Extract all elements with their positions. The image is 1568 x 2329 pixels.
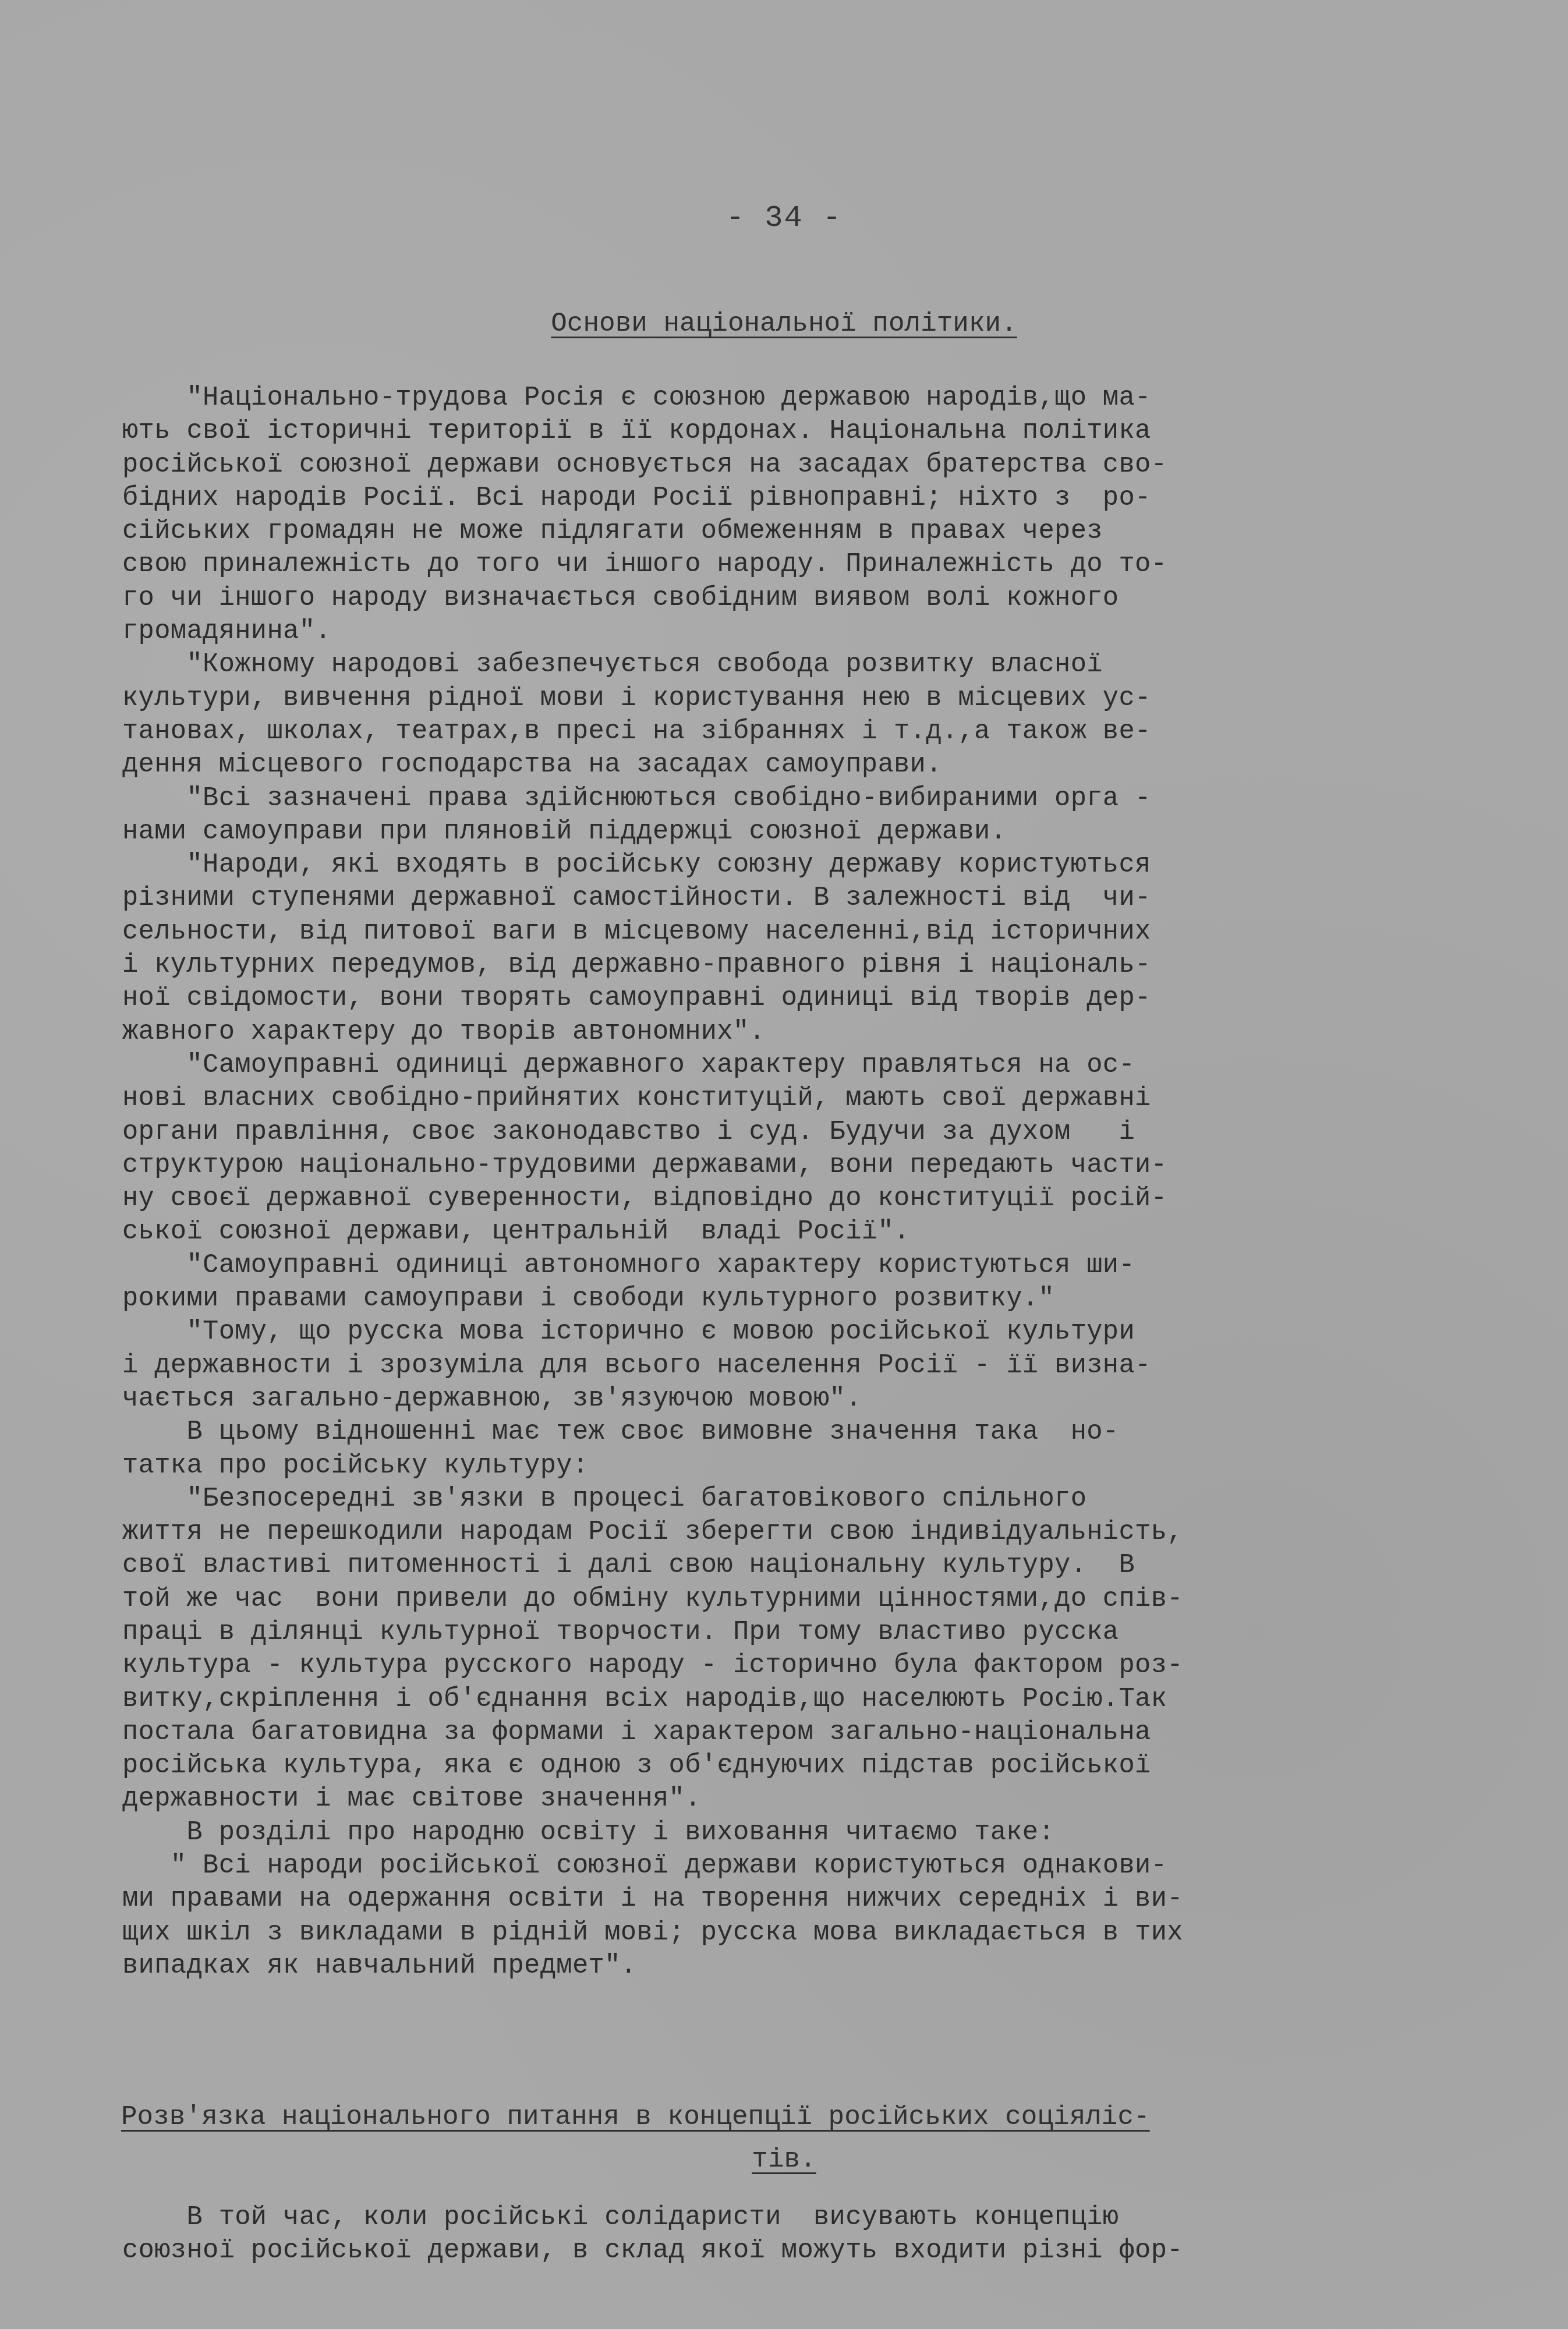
text-line: постала багатовидна за формами і характе… — [122, 1716, 1514, 1749]
text-line: і державности і зрозуміла для всього нас… — [122, 1349, 1514, 1382]
text-line: ну своєї державної суверенности, відпові… — [122, 1182, 1514, 1215]
text-line: сельности, від питової ваги в місцевому … — [122, 915, 1514, 948]
text-line: структурою національно-трудовими держава… — [122, 1149, 1514, 1182]
text-line: нові власних свобідно-прийнятих конститу… — [122, 1082, 1514, 1115]
section-heading-socialists-continued: тів. — [0, 2144, 1568, 2175]
text-line: свої властиві питоменності і далі свою н… — [122, 1549, 1514, 1582]
text-line: "Народи, які входять в російську союзну … — [122, 848, 1514, 882]
text-line: бідних народів Росії. Всі народи Росії р… — [122, 482, 1514, 515]
heading-text: Основи національної політики. — [551, 309, 1017, 339]
text-line: "Тому, що русска мова історично є мовою … — [122, 1315, 1514, 1348]
text-line: чається загально-державною, зв'язуючою м… — [122, 1382, 1514, 1415]
text-line: ної свідомости, вони творять самоуправні… — [122, 982, 1514, 1015]
text-line: і культурних передумов, від державно-пра… — [122, 948, 1514, 982]
text-line: російської союзної держави основується н… — [122, 448, 1514, 482]
text-line: В цьому відношенні має теж своє вимовне … — [122, 1415, 1514, 1449]
text-line: рокими правами самоуправи і свободи куль… — [122, 1282, 1514, 1315]
text-line: дення місцевого господарства на засадах … — [122, 748, 1514, 781]
section-heading-national-policy: Основи національної політики. — [0, 309, 1568, 339]
text-line: татка про російську культуру: — [122, 1449, 1514, 1482]
text-line: нами самоуправи при пляновій піддержці с… — [122, 815, 1514, 848]
text-line: витку,скріплення і об'єднання всіх народ… — [122, 1683, 1514, 1716]
heading-text: Розв'язка національного питання в концеп… — [121, 2102, 1150, 2132]
text-line: го чи іншого народу визначається свобідн… — [122, 582, 1514, 615]
text-line: жавного характеру до творів автономних". — [122, 1015, 1514, 1049]
text-line: російська культура, яка є одною з об'єдн… — [122, 1749, 1514, 1782]
text-line: органи правління, своє законодавство і с… — [122, 1116, 1514, 1149]
text-line: державности і має світове значення". — [122, 1782, 1514, 1815]
text-line: той же час вони привели до обміну культу… — [122, 1583, 1514, 1616]
text-line: культури, вивчення рідної мови і користу… — [122, 682, 1514, 715]
text-line: тановах, школах, театрах,в пресі на зібр… — [122, 715, 1514, 748]
text-line: " Всі народи російської союзної держави … — [122, 1849, 1514, 1882]
section-body-socialists: В той час, коли російські солідаристи ви… — [122, 2201, 1514, 2268]
text-line: "Кожному народові забезпечується свобода… — [122, 648, 1514, 681]
text-line: "Всі зазначені права здійснюються свобід… — [122, 782, 1514, 815]
text-line: випадках як навчальний предмет". — [122, 1949, 1514, 1983]
text-line: "Безпосередні зв'язки в процесі багатові… — [122, 1482, 1514, 1516]
section-heading-socialists: Розв'язка національного питання в концеп… — [121, 2102, 1150, 2132]
text-line: ської союзної держави, центральній владі… — [122, 1215, 1514, 1248]
text-line: ють свої історичні території в її кордон… — [122, 415, 1514, 448]
heading-text: тів. — [752, 2144, 816, 2175]
page-number: - 34 - — [0, 201, 1568, 235]
text-line: праці в ділянці культурної творчости. Пр… — [122, 1616, 1514, 1649]
text-line: свою приналежність до того чи іншого нар… — [122, 548, 1514, 581]
text-line: ми правами на одержання освіти і на твор… — [122, 1882, 1514, 1916]
text-line: різними ступенями державної самостійност… — [122, 882, 1514, 915]
text-line: В розділі про народню освіту і виховання… — [122, 1816, 1514, 1849]
text-line: союзної російської держави, в склад якої… — [122, 2234, 1514, 2267]
text-line: сійських громадян не може підлягати обме… — [122, 515, 1514, 548]
text-line: В той час, коли російські солідаристи ви… — [122, 2201, 1514, 2234]
text-line: громадянина". — [122, 615, 1514, 648]
text-line: "Національно-трудова Росія є союзною дер… — [122, 381, 1514, 415]
typewritten-page: - 34 - Основи національної політики. "На… — [0, 0, 1568, 2329]
text-line: "Самоуправні одиниці державного характер… — [122, 1049, 1514, 1082]
text-line: життя не перешкодили народам Росії збере… — [122, 1516, 1514, 1549]
text-line: щих шкіл з викладами в рідній мові; русс… — [122, 1916, 1514, 1949]
text-line: "Самоуправні одиниці автономного характе… — [122, 1249, 1514, 1282]
section-body-national-policy: "Національно-трудова Росія є союзною дер… — [122, 381, 1514, 1983]
text-line: культура - культура русского народу - іс… — [122, 1649, 1514, 1682]
